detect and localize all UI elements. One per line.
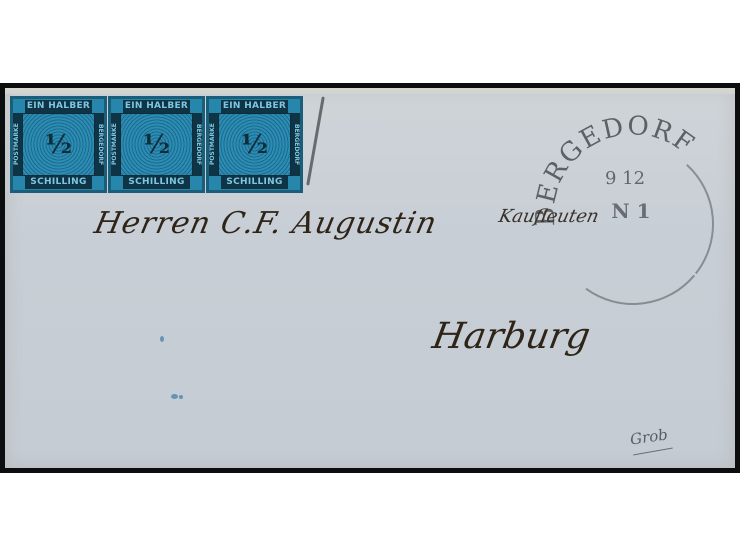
stamp-1: EIN HALBER POSTMARKE BERGEDORF ½ SCHILLI…: [10, 96, 107, 193]
stamp-strip: EIN HALBER POSTMARKE BERGEDORF ½ SCHILLI…: [10, 96, 308, 194]
stamp-value: ½: [45, 130, 72, 160]
stamp-top-text: EIN HALBER: [123, 100, 190, 113]
stamp-left-text: POSTMARKE: [13, 113, 22, 176]
address-recipient-title: Kaufleuten: [497, 206, 601, 227]
ink-speck: [160, 336, 164, 342]
stamp-right-text: BERGEDORF: [193, 113, 202, 176]
stamp-bottom-text: SCHILLING: [25, 176, 92, 189]
stamp-left-text: POSTMARKE: [111, 113, 120, 176]
postmark-time: N 1: [611, 199, 650, 223]
pencil-signature: Grob: [629, 425, 669, 448]
cover-envelope: EIN HALBER POSTMARKE BERGEDORF ½ SCHILLI…: [5, 88, 735, 468]
stamp-bottom-text: SCHILLING: [221, 176, 288, 189]
pencil-underline: [633, 448, 673, 456]
stamp-top-text: EIN HALBER: [25, 100, 92, 113]
pen-cancel-stroke: [306, 96, 325, 185]
stamp-bottom-text: SCHILLING: [123, 176, 190, 189]
address-city: Harburg: [429, 316, 593, 357]
stamp-top-text: EIN HALBER: [221, 100, 288, 113]
stamp-3: EIN HALBER POSTMARKE BERGEDORF ½ SCHILLI…: [206, 96, 303, 193]
address-recipient: Herren C.F. Augustin: [91, 206, 440, 241]
stamp-value: ½: [241, 130, 268, 160]
paper-top-edge: [5, 88, 735, 94]
ink-speck: [179, 395, 183, 399]
ink-speck: [171, 394, 178, 399]
stamp-value: ½: [143, 130, 170, 160]
postmark-date: 9 12: [605, 168, 645, 189]
stamp-left-text: POSTMARKE: [209, 113, 218, 176]
stamp-right-text: BERGEDORF: [291, 113, 300, 176]
stamp-2: EIN HALBER POSTMARKE BERGEDORF ½ SCHILLI…: [108, 96, 205, 193]
stamp-right-text: BERGEDORF: [95, 113, 104, 176]
